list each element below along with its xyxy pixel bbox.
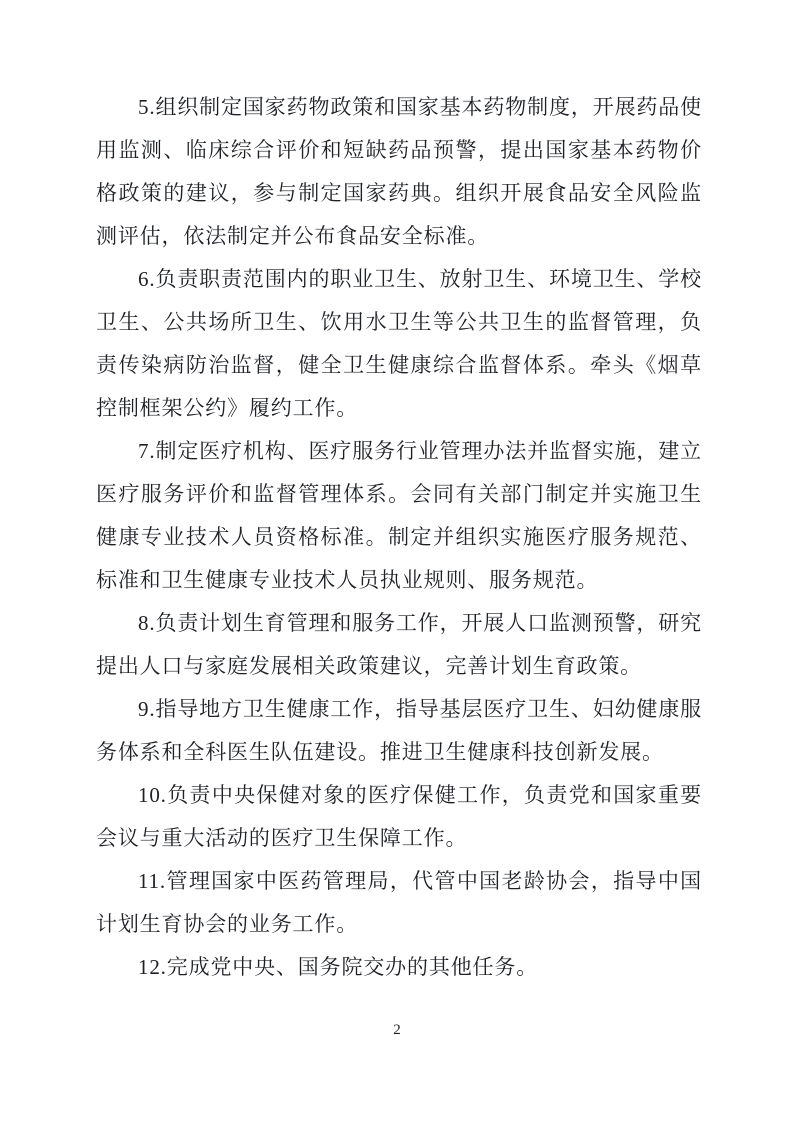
duty-item-12: 12.完成党中央、国务院交办的其他任务。: [96, 946, 702, 989]
duty-item-9: 9.指导地方卫生健康工作，指导基层医疗卫生、妇幼健康服务体系和全科医生队伍建设。…: [96, 688, 702, 774]
duty-item-8: 8.负责计划生育管理和服务工作，开展人口监测预警，研究提出人口与家庭发展相关政策…: [96, 602, 702, 688]
duty-item-5: 5.组织制定国家药物政策和国家基本药物制度，开展药品使用监测、临床综合评价和短缺…: [96, 86, 702, 258]
duty-item-7: 7.制定医疗机构、医疗服务行业管理办法并监督实施，建立医疗服务评价和监督管理体系…: [96, 430, 702, 602]
duty-item-11: 11.管理国家中医药管理局，代管中国老龄协会，指导中国计划生育协会的业务工作。: [96, 860, 702, 946]
page-number: 2: [0, 1022, 794, 1039]
document-body: 5.组织制定国家药物政策和国家基本药物制度，开展药品使用监测、临床综合评价和短缺…: [96, 86, 702, 989]
document-page: 5.组织制定国家药物政策和国家基本药物制度，开展药品使用监测、临床综合评价和短缺…: [0, 0, 794, 1123]
duty-item-10: 10.负责中央保健对象的医疗保健工作，负责党和国家重要会议与重大活动的医疗卫生保…: [96, 774, 702, 860]
duty-item-6: 6.负责职责范围内的职业卫生、放射卫生、环境卫生、学校卫生、公共场所卫生、饮用水…: [96, 258, 702, 430]
